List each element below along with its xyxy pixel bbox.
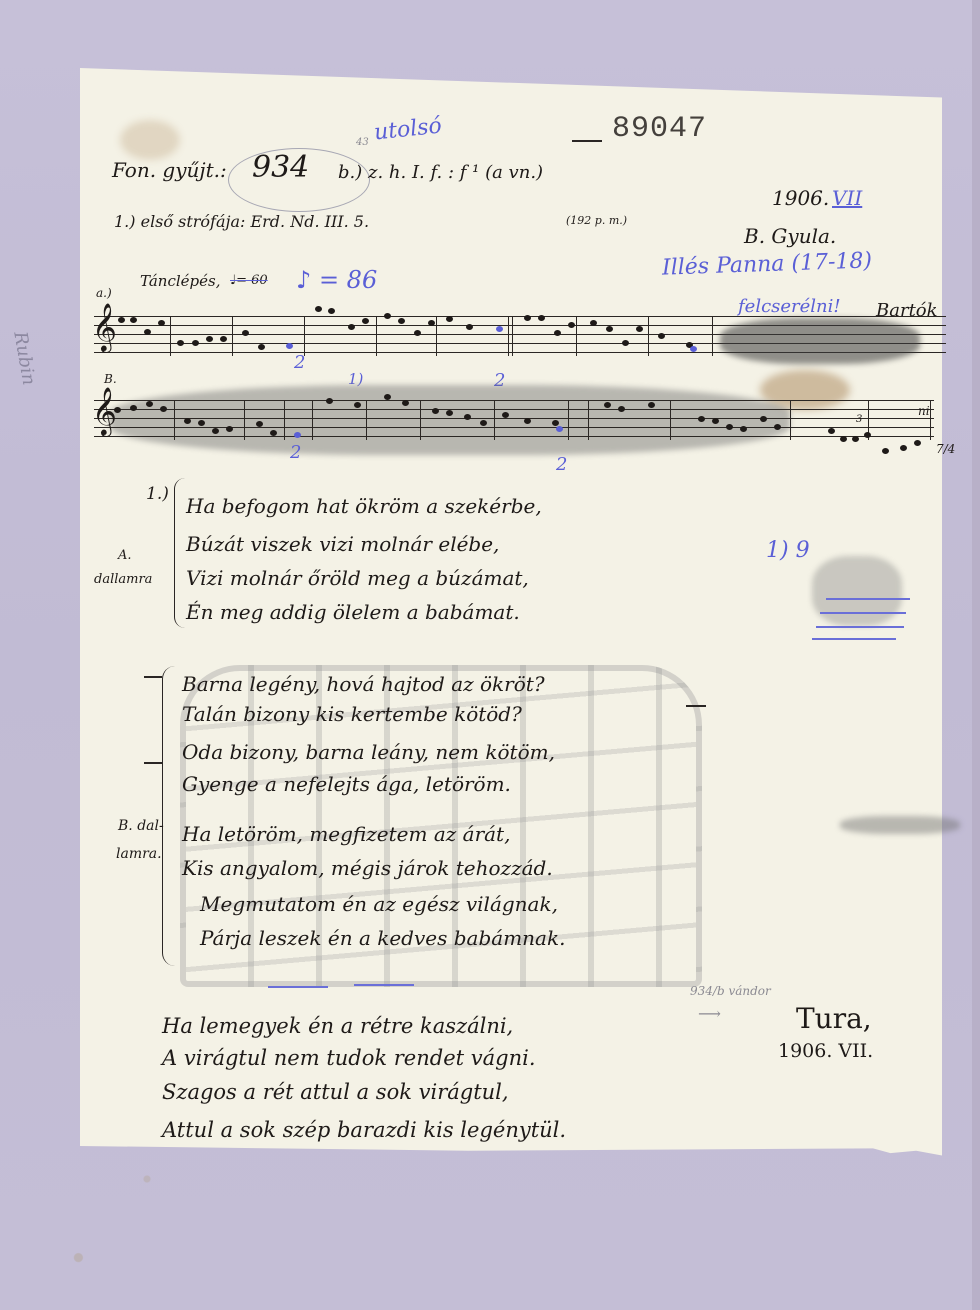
mount-edge: [972, 0, 980, 1310]
treble-clef-icon: 𝄞: [92, 390, 117, 432]
stanza-1-number: 1.): [146, 484, 169, 504]
collection-suffix: b.) z. h. I. f. : f ¹ (a vn.): [338, 162, 543, 183]
stanza-1-label-a: A.: [118, 548, 132, 563]
blue-fingering-2: 2: [556, 454, 567, 475]
barline: [508, 316, 509, 356]
stanza-2-line: Megmutatom én az egész világnak,: [200, 892, 558, 916]
date-bottom: 1906. VII.: [778, 1040, 873, 1062]
barline: [588, 400, 589, 440]
stain: [120, 120, 180, 160]
stanza-1-line: Vizi molnár őröld meg a búzámat,: [186, 566, 529, 590]
pm-reference: (192 p. m.): [566, 214, 627, 227]
dash: [572, 140, 602, 142]
dash: [144, 762, 162, 764]
barline: [648, 316, 649, 356]
blue-fingering-2: 2: [290, 442, 301, 463]
barline: [232, 316, 233, 356]
triplet-mark: 3: [856, 414, 862, 425]
barline: [494, 400, 495, 440]
tempo-new: ♪ = 86: [296, 266, 377, 294]
archive-number-stamp: 89047: [612, 112, 707, 146]
collection-prefix: Fon. gyűjt.:: [112, 158, 227, 182]
stanza-2-brace: [162, 666, 175, 966]
stanza-1-line: Én meg addig ölelem a babámat.: [186, 600, 520, 624]
stanza-2-line: Gyenge a nefelejts ága, letöröm.: [182, 772, 511, 796]
stanza-3-line: Attul a sok szép barazdi kis legénytül.: [162, 1118, 566, 1142]
collection-number: 934: [252, 150, 309, 185]
place-name: Tura,: [796, 1002, 872, 1035]
stanza-2-line: Barna legény, hová hajtod az ökröt?: [182, 672, 545, 696]
blue-separator: [354, 984, 414, 986]
bartok-note: Bartók: [876, 300, 938, 321]
barline: [284, 400, 285, 440]
music-staff-2: [94, 400, 934, 440]
tempo-struck: ♩= 60: [230, 273, 268, 288]
stanza-2-line: Oda bizony, barna leány, nem kötöm,: [182, 740, 555, 764]
dash: [686, 705, 706, 707]
barline: [512, 316, 513, 356]
stanza-3-line: Szagos a rét attul a sok virágtul,: [162, 1080, 509, 1104]
stanza-2-label: lamra.: [116, 846, 162, 862]
stanza-1-line: Búzát viszek vizi molnár elébe,: [186, 532, 499, 556]
singer-name: B. Gyula.: [744, 224, 836, 248]
first-stanza-reference: 1.) első strófája: Erd. Nd. III. 5.: [114, 212, 369, 231]
tempo-label: Tánclépés,: [140, 272, 220, 290]
barline: [568, 400, 569, 440]
end-mark: 7/4: [936, 442, 955, 456]
staff-label-b: B.: [104, 372, 117, 386]
blue-line: [826, 598, 910, 600]
blue-fingering-2: 2: [294, 352, 305, 373]
pencil-reference: 934/b vándor: [690, 984, 771, 998]
stanza-2-line: Kis angyalom, mégis járok tehozzád.: [182, 856, 553, 880]
barline: [436, 316, 437, 356]
blue-line: [812, 638, 896, 640]
barline: [670, 400, 671, 440]
blue-separator: [268, 986, 328, 988]
treble-clef-icon: 𝄞: [92, 306, 117, 348]
stanza-2-line: Talán bizony kis kertembe kötöd?: [182, 702, 522, 726]
stanza-1-brace: [174, 478, 185, 628]
barline: [930, 400, 931, 440]
date-top: 1906.: [772, 186, 829, 210]
barline: [244, 400, 245, 440]
pencil-scribble: [812, 556, 902, 626]
blue-correction-mark: 1) 9: [766, 538, 810, 563]
barline: [304, 316, 305, 356]
blue-felcserelni: felcserélni!: [738, 296, 841, 317]
stanza-1-line: Ha befogom hat ökröm a szekérbe,: [186, 494, 542, 518]
barline: [170, 316, 171, 356]
ni-mark: ni: [918, 404, 930, 418]
barline: [420, 400, 421, 440]
barline: [576, 316, 577, 356]
date-top-month: VII: [832, 186, 862, 210]
pencil-smudge: [840, 816, 960, 834]
stanza-2-line: Ha letöröm, megfizetem az árát,: [182, 822, 510, 846]
barline: [712, 316, 713, 356]
stanza-3-line: A virágtul nem tudok rendet vágni.: [162, 1046, 536, 1070]
blue-line: [820, 612, 906, 614]
barline: [376, 316, 377, 356]
blue-line: [816, 626, 904, 628]
staff-label-a: a.): [96, 286, 112, 300]
pencil-arrow-icon: ⟶: [698, 1004, 721, 1023]
stanza-3-line: Ha lemegyek én a rétre kaszálni,: [162, 1014, 513, 1038]
barline: [790, 400, 791, 440]
stanza-1-label-dallamra: dallamra: [94, 572, 152, 587]
barline: [174, 400, 175, 440]
dash: [144, 676, 162, 678]
stanza-2-label: B. dal-: [118, 818, 164, 834]
barline: [366, 400, 367, 440]
barline: [312, 400, 313, 440]
erased-smudge: [720, 318, 920, 364]
pencil-superscript: 43: [356, 137, 369, 148]
stanza-2-line: Párja leszek én a kedves babámnak.: [200, 926, 565, 950]
